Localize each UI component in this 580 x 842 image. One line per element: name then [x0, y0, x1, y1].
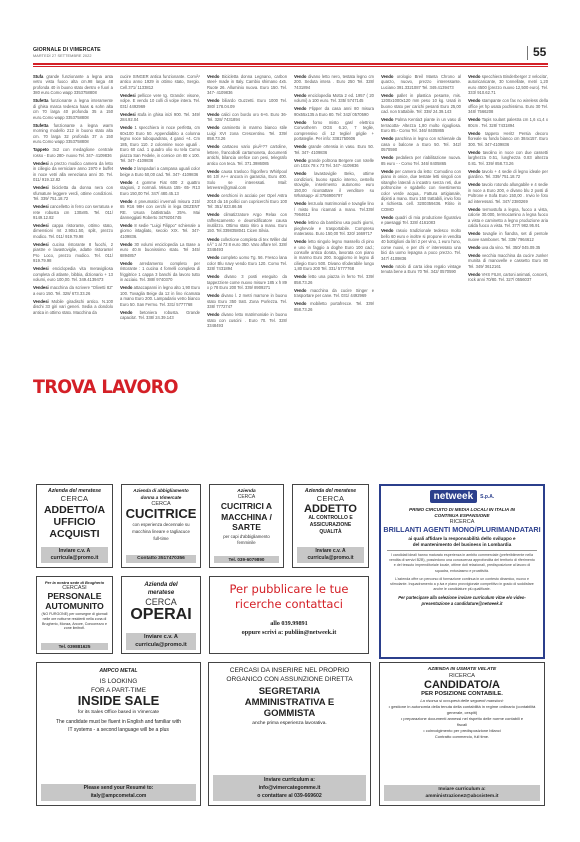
classified-ad-lead: Vendo [120, 166, 132, 171]
classified-ad-lead: Vendo [207, 274, 219, 279]
classified-ad: cucire SINGER antica funzionante. ComÃ² … [120, 74, 200, 90]
classified-ad: Vendo 2 lampadari a campana uguali color… [120, 166, 200, 177]
ad-intro: AZIENDA IN USMATE VELATE [380, 667, 544, 672]
classified-ad-text: attaccapanni in legno alto 1,90 Euro 100… [120, 285, 200, 306]
classified-ad-lead: Vendesi [120, 112, 136, 117]
classified-ad-lead: Vendesi [33, 242, 49, 247]
ad-description: anche prima esperienza lavorativa. [209, 721, 370, 726]
classified-ad-text: tavolo + 4 sedie di legno ideale per gia… [468, 169, 548, 179]
netweek-logo: netweek [430, 490, 477, 503]
classified-ad-text: rasoio tradizionale tedesco molto bello … [381, 228, 461, 260]
ad-phone[interactable]: Contatto 3517470356 [126, 555, 196, 563]
classified-ad-lead: Tappeto [33, 147, 49, 152]
classified-ad: Vendesi Mobile giradischi antico. N.100 … [33, 299, 113, 315]
classified-ad: Vendo Flipper da casa anni 80 misura 90x… [294, 106, 374, 117]
ad-email[interactable]: info@vimercategomme.it [213, 784, 366, 792]
classified-ad: Vendo letto singolo legno massello di pi… [294, 239, 374, 272]
classified-ad: Vendo tavolo rotondo allungabile e 4 sed… [468, 182, 548, 204]
ad-intro: Azienda di abbigliamento donna a Vimerca… [130, 488, 192, 501]
ad-intro: Azienda del meratese [140, 581, 182, 597]
classified-ad: Vendo completo uomo Tg. 56. Fresco lana … [207, 255, 287, 271]
classified-ad-text: cucire SINGER antica funzionante. ComÃ² … [120, 74, 200, 90]
classified-ad-text: forno misto gas/ elettrico Convotherm OG… [294, 120, 374, 141]
classified-ad-lead: Vendo [468, 253, 480, 258]
classified-ad: Vendo mobiletto portafrecce. Tel. 339/ 8… [294, 301, 374, 312]
classified-ad-lead: Vendo [294, 274, 306, 279]
ad-contact-label: Inviare c.v. A [297, 548, 364, 555]
classified-ad: Vendo grande ortensia in vaso. Euro 50. … [294, 144, 374, 155]
classified-column: Stufa grande funzionante a legna anta ve… [33, 74, 113, 374]
classified-ad-lead: Vendo [381, 74, 393, 79]
classified-ad-text: uva da vino. Tel. 350/ 045.09.35 [482, 245, 541, 250]
header-divider [527, 46, 528, 60]
job-ad-contabile: AZIENDA IN USMATE VELATE RICERCA CANDIDA… [379, 662, 545, 806]
classified-ad: Vendo specchiera Binderberger 2 velocita… [468, 74, 548, 96]
classified-ad-text: completo uomo Tg. 56. Fresco lana color … [207, 255, 287, 271]
classified-ad-text: pallet in plastica pesante, mis. 1200x10… [381, 93, 461, 114]
classified-ad: Vendo grande poltrona Bergere con rotell… [294, 158, 374, 169]
classified-ad-lead: Vendo [381, 155, 393, 160]
publish-email[interactable]: oppure scrivi a: publiin@netweek.it [210, 629, 368, 636]
classified-ad-lead: Vendesi [120, 93, 136, 98]
classified-ad: Vendo tovaglie in fiandra, set di pentol… [468, 231, 548, 242]
ad-requirements: The candidate must be fluent in English … [55, 719, 182, 734]
classified-ad: Vendo quadri di mia produzione figurativ… [381, 215, 461, 226]
classified-ad-text: 1 specchiera in noce perfetta, cm 60x100… [120, 125, 200, 163]
ad-role: INSIDE SALE [37, 694, 200, 708]
classified-ad-text: divano 3 posti eseguito da tappezziere c… [207, 274, 287, 290]
classified-ad: Vendo letto una piazza in ferro Tel. 339… [294, 274, 374, 285]
classified-ad-lead: Vendo [468, 117, 480, 122]
classified-ad-text: panchina in legno con schienale da casa … [381, 136, 461, 152]
classified-ad-lead: Vendo [294, 220, 306, 225]
ad-phone[interactable]: Tel. 039-6079890 [214, 556, 279, 563]
classified-ad: Vendo lettino da bambino usa pochi giorn… [294, 220, 374, 236]
classified-column: Vendo divano letto nero, testata legno c… [294, 74, 374, 374]
classified-ad: Vendo 30 volumi enciclopedia La Base a e… [120, 242, 200, 258]
classified-ad-lead: Vendo [468, 150, 480, 155]
classified-ad: Vendo lavastoviglie Beko, ottime condizi… [294, 171, 374, 198]
classified-ad-lead: Vendo [294, 93, 306, 98]
classified-ad: Vendo cartaceo vario piuÃ¹?? cartoline, … [207, 144, 287, 166]
ad-contact-label: Inviare c.v. A [126, 634, 196, 642]
classified-ad: Vendo causa trasloco frigorifero Whirlpo… [207, 169, 287, 191]
ad-role: OPERAI [122, 607, 200, 623]
ad-email[interactable]: italy@ampcometal.com [41, 793, 196, 801]
classified-ad-text: quadri di mia produzione figurativo e pa… [381, 215, 461, 225]
classified-ad-lead: Vendo [468, 182, 480, 187]
classified-ad: Vendo collezione completa di tex Willer … [207, 237, 287, 253]
classified-ad-lead: Stufetta [33, 123, 48, 128]
classified-ad-lead: Vendo [207, 312, 219, 317]
classified-ad: Vendo Palma Kentia3 piante in un vaso di… [381, 117, 461, 133]
classified-ad: Vendo pedaliera per riabilitazione nuova… [381, 155, 461, 166]
job-ad-acquisti: Azienda del meratese CERCA ADDETTO/A UFF… [36, 484, 113, 568]
classified-ad-lead: Vendo [381, 169, 393, 174]
ad-duty-2: • preparazione documenti annessi nel ris… [396, 716, 528, 728]
classified-ad-text: Tapis roulant palestra cm 1,6 x1,4 x 80c… [468, 117, 548, 127]
job-ad-automunito: Per la nostra sede di Brugherio CERCASI … [36, 576, 113, 654]
classified-ad: Vendo VHS FILM, cartoni animati, concert… [468, 272, 548, 283]
classified-ad-text: mobiletto portafrecce. Tel. 339/ 858.73.… [294, 301, 374, 311]
ad-cerca: CERCA [37, 494, 112, 503]
classified-ad-lead: Vendo [120, 199, 132, 204]
classified-ad-text: orologio Breil Manta Chrono al quarzo, n… [381, 74, 461, 90]
classified-ad: Vendo Tapis roulant palestra cm 1,6 x1,4… [468, 117, 548, 128]
classified-ad: Vendo tavolino in noce con due cassetti … [468, 150, 548, 166]
classified-ad-lead: Vendo [120, 125, 132, 130]
classified-ad-lead: Vendesi [33, 185, 49, 190]
job-ad-segretaria: CERCASI DA INSERIRE NEL PROPRIO ORGANICO… [208, 662, 371, 806]
ad-role: BRILLANTI AGENTI MONO/PLURIMANDATARI [381, 525, 543, 534]
classified-ad-text: specchiera Binderberger 2 velocita', aut… [468, 74, 548, 95]
header-rule [33, 63, 548, 65]
classified-ad: Vendo arredamento completo per ristorant… [120, 261, 200, 283]
classified-ad-text: termostufa a legna, fuoco a vista, calor… [468, 207, 548, 228]
classified-ad-lead: Vendo [207, 74, 219, 79]
classified-ad-lead: Vendo [468, 207, 480, 212]
classified-ad-text: Palma Kentia3 piante in un vaso di terra… [381, 117, 461, 133]
classified-ad-text: lenzuola matrimoniali e tovaglie lino / … [294, 201, 374, 217]
newspaper-title: GIORNALE DI VIMERCATE [33, 47, 101, 53]
classified-ad-lead: Vendo [468, 74, 480, 79]
ad-cta[interactable]: Per partecipare alla selezione inviare c… [395, 595, 529, 607]
classified-ad: Vendo biliardo Guzzetti. Euro 1000 Tel. … [207, 98, 287, 109]
classified-ad: Vendo divano 3 posti eseguito da tappezz… [207, 274, 287, 290]
classified-ad: Vendo orologio Breil Manta Chrono al qua… [381, 74, 461, 90]
classified-ad-lead: Vendesi [33, 299, 49, 304]
classified-ad: Vendo 8 sedie "Luigi Filippo" schienale … [120, 223, 200, 239]
classified-ad-text: macchina da cucire Singer e trasportare … [294, 288, 374, 298]
classified-ad-lead: Vendesi [33, 161, 49, 166]
job-ad-qualita: Azienda del meratese CERCA ADDETTO AL CO… [292, 484, 369, 568]
publish-headline: Per pubblicare le tue ricerche contattac… [220, 582, 358, 612]
classified-ad-lead: Vendo [207, 237, 219, 242]
classified-ad-text: 4 pneumatici invernali misura 215/ 65 R1… [120, 199, 200, 220]
classified-ad: Vendo per camera da letto: Comodino con … [381, 169, 461, 213]
classified-ad: Vendo tappeto Heritz Persia decoro flore… [468, 131, 548, 147]
classified-ad-text: divano letto matrimoniale in buono stato… [207, 312, 287, 328]
classified-ad-text: per camera da letto: Comodino con piano … [381, 169, 461, 212]
classified-ad-text: 2 lampadari a campana uguali color beige… [120, 166, 200, 176]
classified-ad: Vendo 4 pneumatici invernali misura 215/… [120, 199, 200, 221]
classified-ad-lead: Vendo [207, 293, 219, 298]
header-rule-thin [33, 66, 548, 67]
classified-ad-text: grande poltrona Bergere con rotelle cm 1… [294, 158, 374, 168]
classified-ad: Stufetta funzionante a legna warm mornin… [33, 123, 113, 145]
classified-ad-text: letto una piazza in ferro Tel. 339/ 858.… [294, 274, 374, 284]
job-ad-netweek: netweek S.p.A. PRIMO CIRCUITO DI MEDIA L… [379, 484, 545, 659]
classified-ad-text: 4 gomme Fiat 600 2 quattro stagioni, 2 n… [120, 180, 200, 196]
classified-ad: Vendo Bicicletta donna Legnano, carbon s… [207, 74, 287, 96]
classified-ad-lead: Vendesi [33, 223, 49, 228]
classified-ad-text: Flipper da casa anni 80 misura 90x55x135… [294, 106, 374, 116]
classified-ad: Vendo divano letto matrimoniale in buono… [207, 312, 287, 328]
logo-suffix: S.p.A. [480, 494, 494, 500]
publish-phone[interactable]: allo 039.99891 [210, 620, 368, 627]
classified-ad-lead: Vendo [294, 171, 306, 176]
classified-ad-lead: Vendo [381, 215, 393, 220]
classified-ad-lead: Vendo [294, 106, 306, 111]
classified-ad-text: collezione completa di tex Willer dal nÂ… [207, 237, 287, 253]
classified-ad-text: grande funzionante a legna anta vetro vi… [33, 74, 113, 95]
classified-ad: Vendo vecchia macchina da cucire Junker … [468, 253, 548, 269]
classified-ad: Vendesi cucina ristorante 8 fuochi, 2 pi… [33, 242, 113, 264]
classifieds-section: Stufa grande funzionante a legna anta ve… [33, 74, 548, 374]
classified-ad-lead: Vendo [468, 98, 480, 103]
classified-ad-lead: Vendo [468, 131, 480, 136]
classified-ad-text: VHS FILM, cartoni animati, concerti, roc… [468, 272, 548, 282]
ad-description: (NO FURGONE) per consegne di giornali ne… [41, 612, 108, 631]
ad-description: con esperienza decennale su macchina lin… [128, 521, 194, 542]
classified-ad-text: cerchioni in acciaio per Opel Astra 2010… [207, 193, 287, 209]
ad-role: CUCITRICI A MACCHINA / SARTE [213, 501, 280, 533]
ad-email[interactable]: curricula@promo.it [41, 555, 108, 562]
classified-ad-lead: Vendo [294, 201, 306, 206]
classified-ad-text: vecchia macchina da cucire Junker munita… [468, 253, 548, 269]
publish-contact-ad: Per pubblicare le tue ricerche contattac… [209, 576, 369, 654]
classified-ad: Vendo lenzuola matrimoniali e tovaglie l… [294, 201, 374, 217]
classified-ad: Vendo 4 gomme Fiat 600 2 quattro stagion… [120, 180, 200, 196]
classified-ad: Vendo stampante con fax no wireless dell… [468, 98, 548, 114]
classified-ad: Vendo calici con bordo oro 6+6. Euro 36-… [207, 112, 287, 123]
classified-ad-lead: Stufetta [33, 98, 48, 103]
job-ad-sarte: Azienda CERCA CUCITRICI A MACCHINA / SAR… [209, 484, 284, 568]
classified-ad-text: biliardo Guzzetti. Euro 1000 Tel. 380/ 1… [207, 98, 287, 108]
ad-email[interactable]: amministrazione2@abcsistem.it [384, 793, 540, 800]
classified-ad-lead: Vendo [294, 301, 306, 306]
classified-ad-text: tappeto Heritz Persia decoro floreale su… [468, 131, 548, 147]
ad-duty-1: • gestione in autonomia della tenuta del… [386, 704, 538, 716]
classified-ad-lead: Vendo [468, 245, 480, 250]
classified-ad: Stufetta funzionante a legna interamente… [33, 98, 113, 120]
ad-role-detail: PER POSIZIONE CONTABILE. [380, 691, 544, 697]
classified-ad: Vendo enciclopedia Motta 2 ed. 1957 ( 20… [294, 93, 374, 104]
classified-ad: Vendo cerchioni in acciaio per Opel Astr… [207, 193, 287, 209]
classified-column: Vendo Bicicletta donna Legnano, carbon s… [207, 74, 287, 374]
classified-ad-text: rotolo di carta idea regalo vintage tenu… [381, 264, 461, 274]
classified-ad-text: letto singolo legno massello di pino e u… [294, 239, 374, 271]
ad-email[interactable]: curricula@promo.it [297, 555, 364, 562]
classified-ad-lead: Vendo [207, 212, 219, 217]
ad-contact-label: Please send your Resumé to: [41, 785, 196, 793]
ad-cerca: CERCA [210, 494, 283, 500]
classified-ad-lead: Vendo [120, 285, 132, 290]
ad-intro: CERCASI DA INSERIRE NEL PROPRIO ORGANICO… [215, 667, 364, 684]
ad-cerca: CERCA [293, 494, 368, 503]
classified-ad-text: tovaglie in fiandra, set di pentole nuov… [468, 231, 548, 241]
classified-ad-text: enciclopedia Motta 2 ed. 1957 ( 20 volum… [294, 93, 374, 103]
classified-ad: Vendesi enciclopedia vita meravigliosa c… [33, 266, 113, 282]
classified-ad-lead: Vendo [381, 136, 393, 141]
classified-ad-lead: Vendo [468, 272, 480, 277]
classified-ad-lead: Vendo [207, 144, 219, 149]
ad-phone[interactable]: Tel. 039881625 [41, 643, 108, 650]
classified-ad-text: divano letto nero, testata legno cm 200.… [294, 74, 374, 90]
classified-ad-lead: Vendo [207, 193, 219, 198]
classified-ad-lead: Vendo [207, 98, 219, 103]
classified-ad: Vendo attaccapanni in legno alto 1,90 Eu… [120, 285, 200, 307]
classified-ad-text: pedaliera per riabilitazione nuova. 85 e… [381, 155, 461, 165]
classified-ad: Vendo forno misto gas/ elettrico Convoth… [294, 120, 374, 142]
classified-ad: Vendesi a prezzo modico camera da letto … [33, 161, 113, 183]
job-ad-cucitrice: Azienda di abbigliamento donna a Vimerca… [121, 484, 201, 568]
classified-ad-text: Bicicletta donna Legnano, carbon steel- … [207, 74, 287, 95]
ad-subtitle: ai quali affidare la responsabilità dell… [405, 536, 519, 548]
classified-ad-lead: Vendo [294, 144, 306, 149]
classified-ad-lead: Vendo [207, 169, 219, 174]
ad-body-2: L'azienda offre un percorso di formazion… [389, 577, 535, 593]
classified-ad-text: lavastoviglie Beko, ottime condizioni, b… [294, 171, 374, 198]
classified-ad-lead: Vendo [207, 255, 219, 260]
classified-column: cucire SINGER antica funzionante. ComÃ² … [120, 74, 200, 374]
classified-ad-lead: Vendo [468, 169, 480, 174]
classified-ad: Vendesi stufa in ghisa inizi 900. Tel. 3… [120, 112, 200, 123]
classified-ad: Vendo divano letto nero, testata legno c… [294, 74, 374, 90]
ad-role: ADDETTO/A UFFICIO ACQUISTI [37, 504, 112, 540]
classified-ad: Vendo uva da vino. Tel. 350/ 045.09.35 [468, 245, 548, 250]
classified-ad: Stufa grande funzionante a legna anta ve… [33, 74, 113, 96]
classified-ad: Vendesi bicicletta da donna nera con sfu… [33, 185, 113, 201]
classified-ad-text: tavolino in noce con due cassetti larghe… [468, 150, 548, 166]
classified-ad-lead: Vendo [207, 125, 219, 130]
classified-ad-lead: Vendo [120, 223, 132, 228]
classified-ad-text: 8 sedie "Luigi Filippo" schienale a gior… [120, 223, 200, 239]
ad-role: ADDETTO [293, 503, 368, 515]
classified-ad-text: tavolo rotondo allungabile e 4 sedie in … [468, 182, 548, 203]
classified-ad: Vendo pallet in plastica pesante, mis. 1… [381, 93, 461, 115]
classified-ad-lead: Vendo [120, 180, 132, 185]
classified-ad-lead: Vendo [294, 120, 306, 125]
ad-intro: PRIMO CIRCUITO DI MEDIA LOCALI IN ITALIA… [401, 507, 523, 519]
classified-ad: Vendo divano l. 2 metri marrone in buono… [207, 293, 287, 309]
ad-role: CANDIDATO/A [380, 679, 544, 691]
classified-ad-lead: Vendo [120, 310, 132, 315]
classified-ad-text: divano l. 2 metri marrone in buono stato… [207, 293, 287, 309]
classified-ad-lead: Vendo [294, 239, 306, 244]
classified-ad-text: arredamento completo per ristorante : 1 … [120, 261, 200, 282]
ad-contact-label: Inviare curriculum a: [213, 776, 366, 784]
classified-ad: Vendo climatizzatore Argo Relax con raff… [207, 212, 287, 234]
classified-ad-text: causa trasloco frigorifero Whirlpool 66 … [207, 169, 287, 190]
classified-ad: Vendo 1 specchiera in noce perfetta, cm … [120, 125, 200, 163]
classified-ad-lead: Vendesi [33, 285, 49, 290]
ad-role: PERSONALE AUTOMUNITO [37, 591, 112, 611]
ad-contact-label: Inviare c.v. A [41, 548, 108, 555]
classified-ad-text: stampante con fax no wireless della offi… [468, 98, 548, 114]
classified-ad-lead: Vendo [294, 288, 306, 293]
job-ad-operai: Azienda del meratese CERCA OPERAI Inviar… [121, 576, 201, 654]
classified-ad-text: betoniera robusta. Grande capacita'. Tel… [120, 310, 200, 320]
classified-ad-text: climatizzatore Argo Relax con raffrescam… [207, 212, 287, 233]
classified-column: Vendo specchiera Binderberger 2 velocita… [468, 74, 548, 374]
classified-ad-text: cartaceo vario piuÃ¹?? cartoline, letter… [207, 144, 287, 165]
classified-ad: Vendo panchina in legno con schienale da… [381, 136, 461, 152]
classified-ad: Tappeto 3x2 con medaglione centrale ross… [33, 147, 113, 158]
ad-phone[interactable]: o contattare al 039-669602 [213, 792, 366, 800]
classified-ad: Vendo betoniera robusta. Grande capacita… [120, 310, 200, 321]
page-number: 55 [533, 45, 546, 59]
classified-ad: Vendesi pellicce vere tg. Grande: visone… [120, 93, 200, 109]
ad-contact-label: Inviare curriculum a: [384, 786, 540, 793]
classified-ad-lead: Vendo [294, 158, 306, 163]
classified-ad: Vendo rasoio tradizionale tedesco molto … [381, 228, 461, 261]
ad-line-1: IS LOOKING [37, 678, 200, 685]
classified-ad-text: calici con bordo oro 6+6. Euro 36- Tel. … [207, 112, 287, 122]
classified-ad-lead: Stufa [33, 74, 43, 79]
classified-ad-text: lettino da bambino usa pochi giorni, pie… [294, 220, 374, 236]
ad-role: SEGRETARIA AMMINISTRATIVA E GOMMISTA [219, 686, 360, 719]
classified-ad-lead: Vendesi [33, 204, 49, 209]
ad-body: I candidati ideali hanno maturato esperi… [389, 553, 535, 574]
ad-description: per capi d'abbigliamento femminile [216, 534, 277, 547]
classified-ad: Vendo rotolo di carta idea regalo vintag… [381, 264, 461, 275]
classified-ad: Vendesi cancelletto in ferro con serratu… [33, 204, 113, 220]
classified-column: Vendo orologio Breil Manta Chrono al qua… [381, 74, 461, 374]
classified-ad: Vendo tavolo + 4 sedie di legno ideale p… [468, 169, 548, 180]
classified-ad-lead: Vendo [207, 112, 219, 117]
ad-role: CUCITRICE [122, 507, 200, 521]
classified-ad-lead: Vendo [294, 74, 306, 79]
classified-ad: Vendesi macchina da scrivere "Olivetti 8… [33, 285, 113, 296]
issue-date: MARTEDÌ 27 SETTEMBRE 2022 [33, 54, 92, 58]
classified-ad-lead: Vendo [468, 231, 480, 236]
ad-company: AMPCO METAL [37, 668, 200, 674]
classified-ad: Vendo macchina da cucire Singer e traspo… [294, 288, 374, 299]
classified-ad-lead: Vendo [120, 261, 132, 266]
classified-ad-lead: Vendo [120, 242, 132, 247]
classified-ad: Vendesi cappa ristorante, ottimo stato, … [33, 223, 113, 239]
section-title: TROVA LAVORO [33, 376, 178, 398]
ad-email[interactable]: curricula@promo.it [126, 642, 196, 650]
classified-ad: Vendo caminetto in marmo bianco stile Lu… [207, 125, 287, 141]
classified-ad-lead: Vendo [381, 117, 393, 122]
classified-ad-lead: Vendo [381, 228, 393, 233]
classified-ad-text: caminetto in marmo bianco stile Luigi XV… [207, 125, 287, 141]
classified-ad-text: grande ortensia in vaso. Euro 50. Tel. 3… [294, 144, 374, 154]
classified-ad-lead: Vendo [381, 93, 393, 98]
job-ad-ampco: AMPCO METAL IS LOOKING FOR A PART-TIME I… [36, 662, 201, 806]
classified-ad-lead: Vendesi [33, 266, 49, 271]
classified-ad-lead: Vendo [381, 264, 393, 269]
classified-ad: Vendo termostufa a legna, fuoco a vista,… [468, 207, 548, 229]
classified-ad-text: 30 volumi enciclopedia La Base a euro 40… [120, 242, 200, 258]
ad-role-detail: AL CONTROLLO E ASSICURAZIONE QUALITÀ [301, 515, 360, 536]
ad-description: for its Sales Office based in Vimercate [37, 710, 200, 715]
ad-terms: Contratto commercio, full time. [380, 734, 544, 740]
